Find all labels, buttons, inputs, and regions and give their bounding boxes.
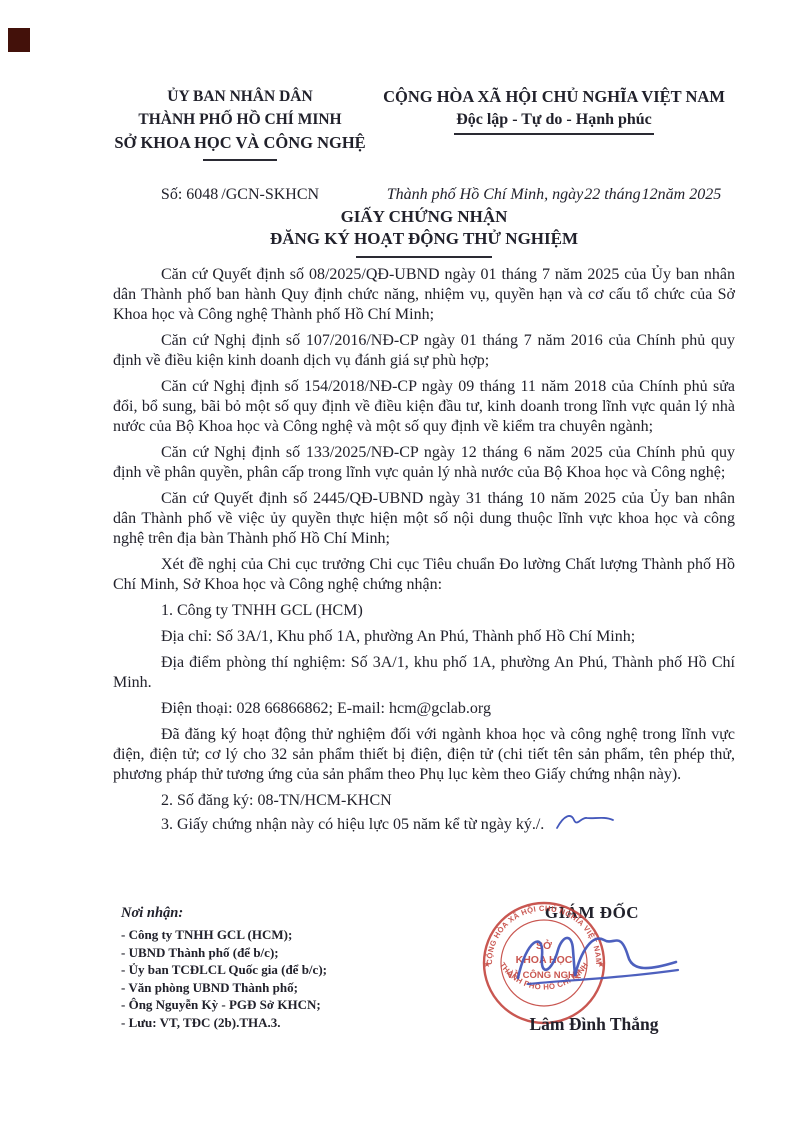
paragraph: Căn cứ Nghị định số 133/2025/NĐ-CP ngày … (113, 443, 735, 483)
seal-star-left-icon: ★ (483, 959, 491, 969)
paraph-scribble-icon (554, 811, 616, 833)
date-prefix: Thành phố Hồ Chí Minh, ngày (387, 186, 583, 203)
motto-block: CỘNG HÒA XÃ HỘI CHỦ NGHĨA VIỆT NAM Độc l… (373, 85, 735, 135)
recipient-item: - Ủy ban TCĐLCL Quốc gia (để b/c); (121, 961, 451, 979)
issuer-line1: ỦY BAN NHÂN DÂN (107, 85, 373, 108)
paragraph-scope: Đã đăng ký hoạt động thử nghiệm đối với … (113, 725, 735, 785)
date-year: năm 2025 (658, 186, 722, 203)
paragraph-validity: 3. Giấy chứng nhận này có hiệu lực 05 nă… (113, 811, 735, 835)
paragraph-contact: Điện thoại: 028 66866862; E-mail: hcm@gc… (113, 699, 735, 719)
motto-line1: CỘNG HÒA XÃ HỘI CHỦ NGHĨA VIỆT NAM (373, 85, 735, 108)
motto-line2: Độc lập - Tự do - Hạnh phúc (454, 108, 654, 135)
issuer-line2: THÀNH PHỐ HỒ CHÍ MINH (107, 108, 373, 131)
recipient-item: - Văn phòng UBND Thành phố; (121, 979, 451, 997)
signer-name: Lâm Đình Thắng (474, 1014, 714, 1035)
issuer-line3: SỞ KHOA HỌC VÀ CÔNG NGHỆ (107, 131, 373, 154)
body-text: Căn cứ Quyết định số 08/2025/QĐ-UBND ngà… (113, 265, 735, 841)
paragraph: Xét đề nghị của Chi cục trưởng Chi cục T… (113, 555, 735, 595)
paragraph-address: Địa chỉ: Số 3A/1, Khu phố 1A, phường An … (113, 627, 735, 647)
signature-scribble-icon (500, 918, 700, 1008)
doc-title: GIẤY CHỨNG NHẬN ĐĂNG KÝ HOẠT ĐỘNG THỬ NG… (113, 206, 735, 258)
recipients-label: Nơi nhận: (121, 905, 451, 922)
doc-number-value: 6048 (182, 186, 221, 203)
doc-number: Số:6048/GCN-SKHCN (107, 186, 373, 204)
issuer-block: ỦY BAN NHÂN DÂN THÀNH PHỐ HỒ CHÍ MINH SỞ… (107, 85, 373, 161)
validity-text: 3. Giấy chứng nhận này có hiệu lực 05 nă… (161, 816, 544, 833)
paragraph: Căn cứ Quyết định số 2445/QĐ-UBND ngày 3… (113, 489, 735, 549)
paragraph: Căn cứ Nghị định số 154/2018/NĐ-CP ngày … (113, 377, 735, 437)
recipient-item: - UBND Thành phố (để b/c); (121, 944, 451, 962)
date-month-label: tháng (600, 186, 640, 203)
doc-title-line2: ĐĂNG KÝ HOẠT ĐỘNG THỬ NGHIỆM (113, 228, 735, 250)
paragraph: Căn cứ Nghị định số 107/2016/NĐ-CP ngày … (113, 331, 735, 371)
doc-title-line1: GIẤY CHỨNG NHẬN (113, 206, 735, 228)
document-page: ỦY BAN NHÂN DÂN THÀNH PHỐ HỒ CHÍ MINH SỞ… (0, 0, 800, 1132)
recipient-item: - Ông Nguyễn Kỳ - PGĐ Sở KHCN; (121, 996, 451, 1014)
date-day: 22 (583, 186, 600, 203)
paragraph: Căn cứ Quyết định số 08/2025/QĐ-UBND ngà… (113, 265, 735, 325)
doc-number-suffix: /GCN-SKHCN (221, 186, 319, 203)
paragraph-company-name: 1. Công ty TNHH GCL (HCM) (113, 601, 735, 621)
date-month: 12 (641, 186, 658, 203)
recipient-item: - Lưu: VT, TĐC (2b).THA.3. (121, 1014, 451, 1032)
doc-number-label: Số: (161, 186, 182, 203)
issuer-underline (203, 159, 277, 161)
date-line: Thành phố Hồ Chí Minh, ngày22 tháng12năm… (373, 186, 735, 204)
recipients-block: Nơi nhận: - Công ty TNHH GCL (HCM); - UB… (121, 905, 451, 1031)
title-underline (356, 256, 492, 258)
recipient-item: - Công ty TNHH GCL (HCM); (121, 926, 451, 944)
paragraph-lab-address: Địa điểm phòng thí nghiệm: Số 3A/1, khu … (113, 653, 735, 693)
scan-artifact-mark (8, 28, 30, 52)
paragraph-reg-number: 2. Số đăng ký: 08-TN/HCM-KHCN (113, 791, 735, 811)
